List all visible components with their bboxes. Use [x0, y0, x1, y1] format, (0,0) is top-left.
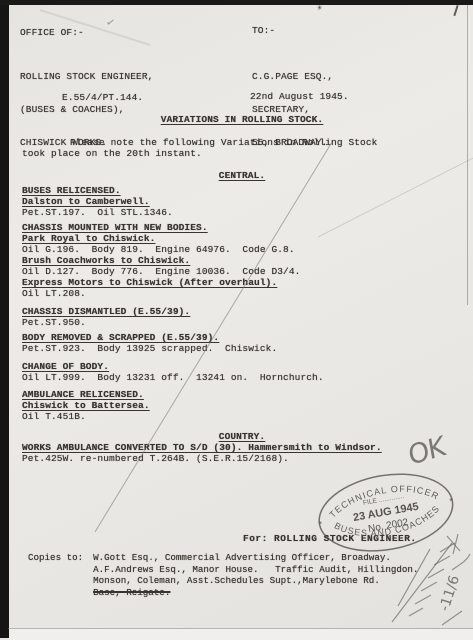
scan-border-left — [0, 0, 9, 638]
document-line: Dalston to Camberwell. — [22, 196, 442, 207]
document-line: Oil LT.208. — [22, 288, 442, 299]
document-line: Oil T.451B. — [22, 411, 442, 422]
document-line: VARIATIONS IN ROLLING STOCK. — [32, 114, 452, 125]
sender-line: ROLLING STOCK ENGINEER, — [20, 71, 153, 82]
document-line: CHANGE OF BODY. — [22, 361, 442, 372]
document-line: Pet.425W. re-numbered T.264B. (S.E.R.15/… — [22, 453, 442, 464]
document-line: Pet.ST.950. — [22, 317, 442, 328]
document-line: BUSES RELICENSED. — [22, 185, 442, 196]
scanned-document: OFFICE OF:- ROLLING STOCK ENGINEER, (BUS… — [0, 0, 473, 640]
document-line: Park Royal to Chiswick. — [22, 233, 442, 244]
document-line: COUNTRY. — [32, 431, 452, 442]
technical-officer-stamp: TECHNICAL OFFICER BUSES AND COACHES FILE… — [303, 454, 469, 573]
to-label: TO:- — [252, 25, 275, 36]
document-line: Pet.ST.197. Oil STL.1346. — [22, 207, 442, 218]
reference-number: E.55/4/PT.144. — [62, 92, 143, 103]
scan-border-top — [0, 0, 473, 5]
stamp-side-asterisk-right: * — [448, 496, 456, 508]
office-of-label: OFFICE OF:- — [20, 27, 84, 38]
document-line: AMBULANCE RELICENSED. — [22, 389, 442, 400]
document-line: Oil LT.999. Body 13231 off. 13241 on. Ho… — [22, 372, 442, 383]
page-bottom-edge — [8, 628, 473, 629]
copies-label: Copies to: — [28, 552, 83, 598]
document-line: CHASSIS DISMANTLED (E.55/39). — [22, 306, 442, 317]
stamp-side-asterisk-left: * — [317, 519, 325, 531]
scan-border-right — [467, 5, 468, 305]
copies-recipient-line: Base, Reigate. — [93, 587, 418, 599]
asterisk-mark: ✳ — [317, 3, 322, 13]
handwritten-check-mark: ✓ — [105, 15, 117, 30]
document-line: took place on the 20th instant. — [22, 148, 442, 159]
letter-date: 22nd August 1945. — [250, 91, 349, 102]
document-line: BODY REMOVED & SCRAPPED (E.55/39). — [22, 332, 442, 343]
document-line: Chiswick to Battersea. — [22, 400, 442, 411]
document-line: Brush Coachworks to Chiswick. — [22, 255, 442, 266]
document-line: Express Motors to Chiswick (After overha… — [22, 277, 442, 288]
document-line: CENTRAL. — [32, 170, 452, 181]
document-line: Oil D.127. Body 776. Engine 10036. Code … — [22, 266, 442, 277]
document-line: WORKS AMBULANCE CONVERTED TO S/D (30). H… — [22, 442, 442, 453]
copies-recipient-line: Monson, Coleman, Asst.Schedules Supt.,Ma… — [93, 575, 418, 587]
document-line: Oil G.196. Body 819. Engine 64976. Code … — [22, 244, 442, 255]
document-body: VARIATIONS IN ROLLING STOCK.Please note … — [22, 114, 442, 464]
recipient-line: C.G.PAGE ESQ., — [252, 71, 333, 82]
document-line: Pet.ST.923. Body 13925 scrapped. Chiswic… — [22, 343, 442, 354]
document-line: CHASSIS MOUNTED WITH NEW BODIES. — [22, 222, 442, 233]
scan-background-below-page — [9, 629, 473, 640]
copies-recipient-line: A.F.Andrews Esq., Manor House. Traffic A… — [93, 564, 418, 576]
pencil-note: -11/6 — [437, 573, 464, 613]
corner-pen-tick — [453, 5, 458, 16]
document-line: Please note the following Variations in … — [22, 137, 442, 148]
